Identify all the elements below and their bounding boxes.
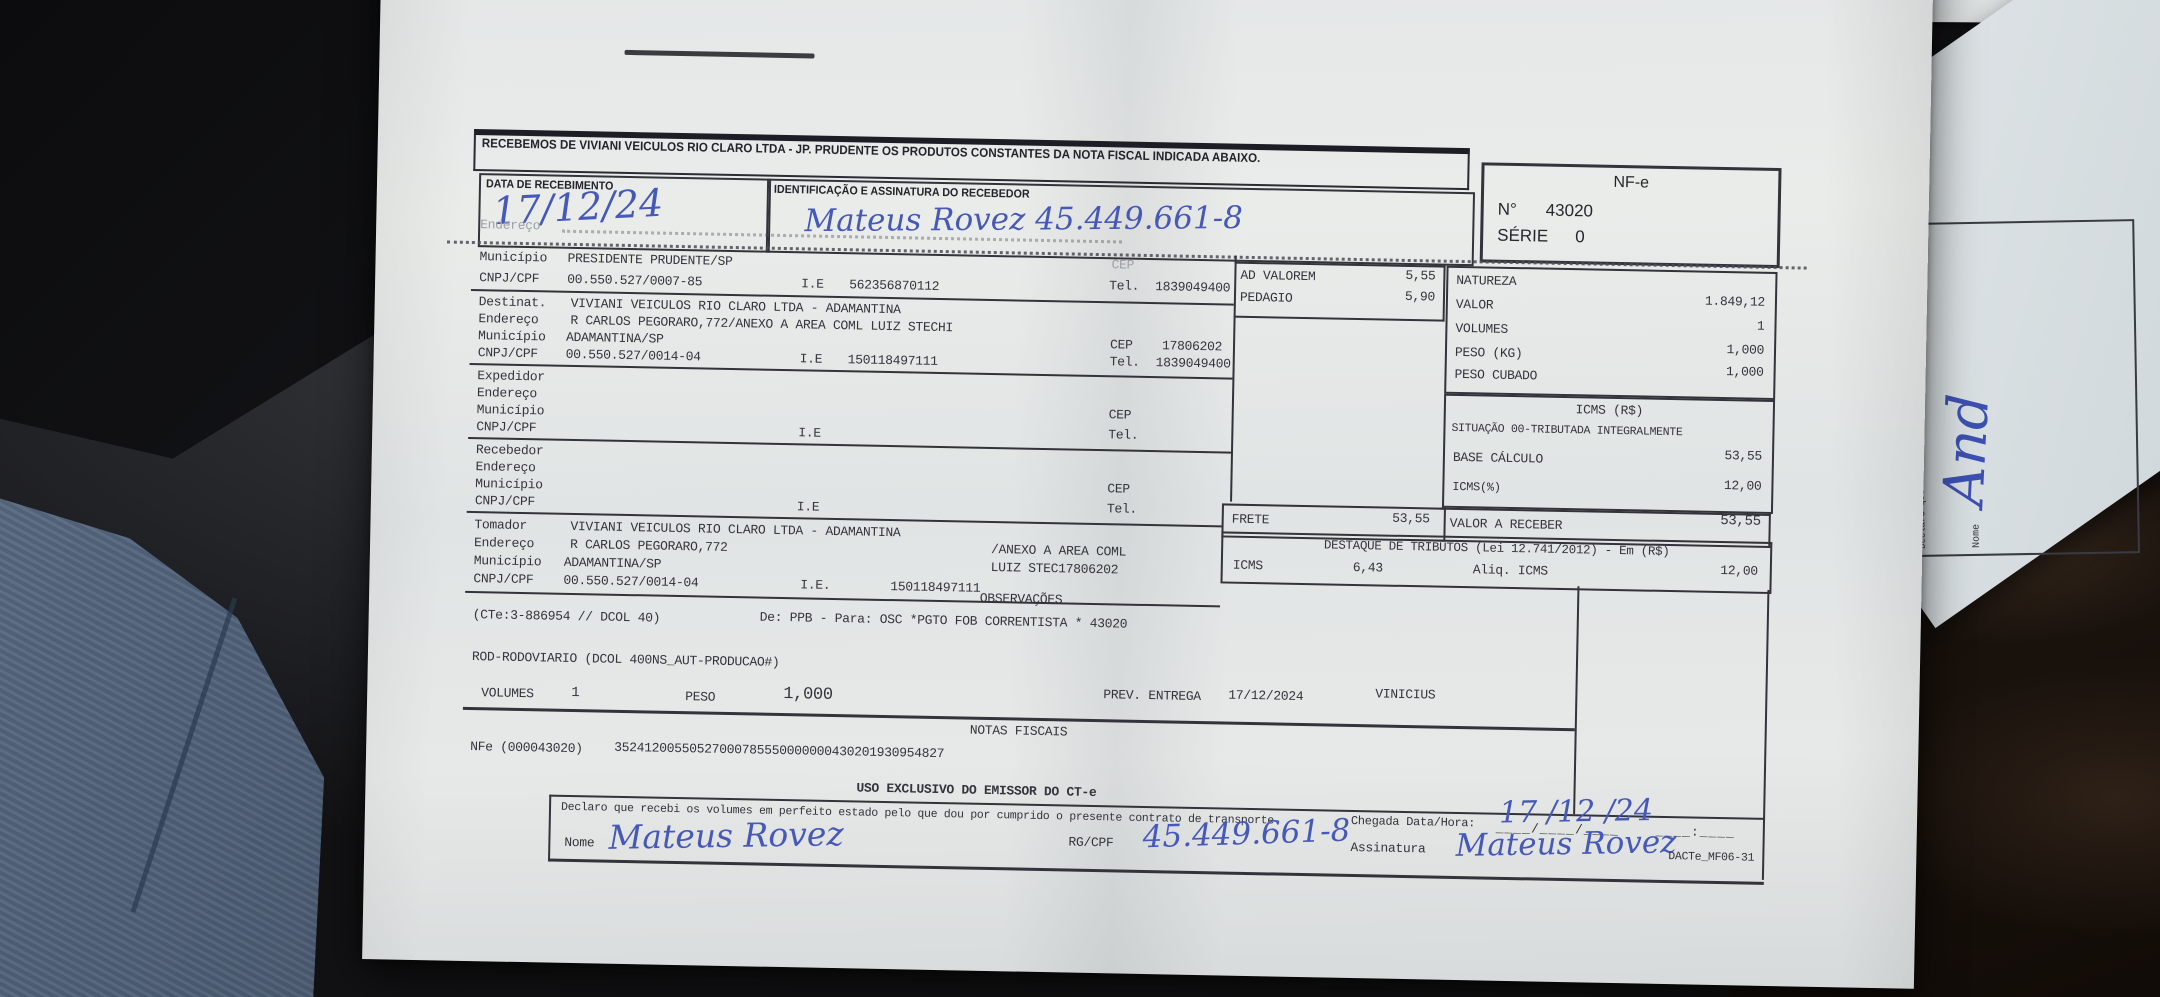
remetente-cep-label: CEP	[1111, 257, 1134, 272]
remetente-municipio-value: PRESIDENTE PRUDENTE/SP	[567, 251, 732, 269]
observacoes-rodoviario: ROD-RODOVIARIO (DCOL 400NS_AUT-PRODUCAO#…	[472, 649, 780, 670]
destinatario-cnpj-label: CNPJ/CPF	[478, 345, 538, 361]
expedidor-label: Expedidor	[477, 368, 545, 384]
icms-pct-label: ICMS(%)	[1452, 480, 1501, 495]
tomador-anexo1: /ANEXO A AREA COML	[991, 542, 1126, 560]
expedidor-endereco-label: Endereço	[477, 385, 537, 401]
photo-of-document: DACTE MODAL RODOVIÁRIO NF-e Declaro que …	[0, 0, 2160, 997]
advalorem-label: AD VALOREM	[1240, 268, 1315, 284]
frete-value: 53,55	[1392, 511, 1430, 527]
recebedor-tel-label: Tel.	[1107, 501, 1137, 517]
icms-base-label: BASE CÁLCULO	[1453, 450, 1543, 467]
resumo-volumes-label: VOLUMES	[481, 685, 534, 701]
destinatario-label: Destinat.	[479, 294, 547, 310]
tributos-icms-value: 6,43	[1353, 560, 1383, 576]
remetente-tel-label: Tel.	[1109, 278, 1139, 294]
tomador-label: Tomador	[474, 517, 527, 533]
volumes-value: 1	[1757, 319, 1765, 334]
icms-title: ICMS (R$)	[1446, 400, 1773, 421]
resumo-peso-value: 1,000	[783, 685, 833, 705]
tomador-municipio-value: ADAMANTINA/SP	[564, 555, 662, 572]
remetente-ie-label: I.E	[801, 276, 824, 291]
uso-exclusivo-box: USO EXCLUSIVO DO EMISSOR DO CT-e Declaro…	[548, 795, 1765, 885]
expedidor-municipio-label: Município	[477, 402, 545, 418]
expedidor-cnpj-label: CNPJ/CPF	[476, 419, 536, 435]
nome-label: Nome	[564, 835, 594, 851]
natureza-label: NATUREZA	[1456, 273, 1516, 289]
valor-receber-label: VALOR A RECEBER	[1450, 516, 1563, 533]
tomador-anexo2: LUIZ STEC17806202	[991, 560, 1119, 577]
destinatario-municipio-label: Município	[478, 328, 546, 344]
nfe-title: NF-e	[1484, 171, 1778, 195]
notas-chave: 3524120055052700078555000000043020193095…	[614, 740, 944, 761]
side-doc-nome-label: Nome	[1971, 524, 1982, 548]
recebedor-label: Recebedor	[476, 442, 544, 458]
identificacao-handwritten: Mateus Rovez 45.449.661-8	[804, 200, 1243, 239]
pen-mark	[625, 50, 815, 59]
assinatura-label: Assinatura	[1350, 840, 1425, 856]
recebedor-endereco-label: Endereço	[475, 459, 535, 475]
destinatario-tel-value: 1839049400	[1156, 355, 1231, 371]
tributos-box: DESTAQUE DE TRIBUTOS (Lei 12.741/2012) -…	[1220, 531, 1772, 594]
icms-box: ICMS (R$) SITUAÇÃO 00-TRIBUTADA INTEGRAL…	[1442, 394, 1775, 514]
tomador-municipio-label: Município	[474, 553, 542, 569]
peso-cubado-label: PESO CUBADO	[1454, 367, 1537, 384]
nfe-serie-label: SÉRIE	[1497, 226, 1548, 247]
advalorem-box: AD VALOREM 5,55 PEDAGIO 5,90	[1234, 262, 1446, 322]
rg-cpf-handwritten: 45.449.661-8	[1142, 813, 1351, 856]
icms-pct-value: 12,00	[1724, 478, 1762, 494]
tributos-icms-label: ICMS	[1233, 558, 1263, 574]
valor-receber-value: 53,55	[1720, 513, 1761, 530]
expedidor-ie-label: I.E	[798, 425, 821, 440]
destinatario-municipio-value: ADAMANTINA/SP	[566, 330, 664, 347]
recebedor-cep-label: CEP	[1107, 481, 1130, 496]
uso-exclusivo-title: USO EXCLUSIVO DO EMISSOR DO CT-e	[551, 775, 1401, 806]
remetente-ie-value: 562356870112	[849, 277, 939, 294]
rg-cpf-label: RG/CPF	[1068, 835, 1113, 851]
remetente-endereco-label: Endereço	[480, 217, 540, 233]
resumo-volumes-value: 1	[571, 685, 579, 701]
destinatario-ie-value: 150118497111	[848, 352, 938, 369]
remetente-municipio-label: Município	[479, 249, 547, 265]
nfe-numero-value: 43020	[1545, 201, 1593, 222]
valor-value: 1.849,12	[1705, 294, 1765, 310]
tributos-title: DESTAQUE DE TRIBUTOS (Lei 12.741/2012) -…	[1223, 536, 1770, 560]
remetente-cnpj-label: CNPJ/CPF	[479, 270, 539, 286]
destinatario-tel-label: Tel.	[1110, 354, 1140, 370]
destinatario-cep-label: CEP	[1110, 337, 1133, 352]
form-code: DACTe_MF06-31	[1668, 850, 1754, 865]
side-document-form: NF-e Declaro que recebi Nome And	[1900, 219, 2140, 557]
tomador-endereco-value: R CARLOS PEGORARO,772	[570, 537, 728, 555]
notas-nfe-ref: NFe (000043020)	[470, 739, 583, 756]
tributos-aliq-label: Aliq. ICMS	[1473, 562, 1548, 578]
advalorem-value: 5,55	[1405, 268, 1435, 284]
nome-handwritten: Mateus Rovez	[608, 814, 844, 857]
destinatario-ie-label: I.E	[800, 351, 823, 366]
destinatario-cnpj-value: 00.550.527/0014-04	[566, 347, 701, 365]
recebedor-municipio-label: Município	[475, 476, 543, 492]
observacoes-cte-ref: (CTe:3-886954 // DCOL 40)	[473, 607, 661, 626]
destinatario-endereco-label: Endereço	[478, 311, 538, 327]
valor-label: VALOR	[1456, 297, 1494, 313]
resumo-prev-label: PREV. ENTREGA	[1103, 687, 1201, 704]
data-recebimento-cell: DATA DE RECEBIMENTO 17/12/24	[478, 173, 771, 253]
resumo-conferente: VINICIUS	[1375, 686, 1435, 702]
remetente-cnpj-value: 00.550.527/0007-85	[567, 272, 702, 290]
recebedor-ie-label: I.E	[797, 499, 820, 514]
volumes-label: VOLUMES	[1455, 321, 1508, 337]
dacte-paper: RECEBEMOS DE VIVIANI VEICULOS RIO CLARO …	[362, 0, 1934, 989]
observacoes-rota: De: PPB - Para: OSC *PGTO FOB CORRENTIST…	[760, 610, 1128, 632]
identificacao-label: IDENTIFICAÇÃO E ASSINATURA DO RECEBEDOR	[774, 184, 1030, 201]
resumo-prev-value: 17/12/2024	[1228, 688, 1303, 704]
expedidor-tel-label: Tel.	[1108, 427, 1138, 443]
peso-cubado-value: 1,000	[1726, 364, 1764, 380]
side-doc-signature: And	[1931, 392, 2002, 508]
pedagio-label: PEDAGIO	[1240, 290, 1293, 306]
icms-situacao: SITUAÇÃO 00-TRIBUTADA INTEGRALMENTE	[1451, 422, 1682, 439]
right-inner-divider	[1573, 586, 1579, 814]
assinatura-handwritten: Mateus Rovez	[1455, 824, 1676, 863]
nfe-numero-label: N°	[1498, 200, 1517, 220]
dacte-form: RECEBEMOS DE VIVIANI VEICULOS RIO CLARO …	[460, 129, 1786, 899]
tributos-aliq-value: 12,00	[1720, 563, 1758, 579]
nfe-serie-value: 0	[1575, 227, 1585, 247]
recebedor-cnpj-label: CNPJ/CPF	[475, 493, 535, 509]
peso-kg-value: 1,000	[1726, 342, 1764, 358]
peso-kg-label: PESO (KG)	[1455, 345, 1523, 361]
expedidor-cep-label: CEP	[1109, 407, 1132, 422]
destinatario-cep-value: 17806202	[1162, 338, 1222, 354]
nfe-box: NF-e N° 43020 SÉRIE 0	[1480, 162, 1782, 268]
icms-base-value: 53,55	[1724, 448, 1762, 464]
frete-label: FRETE	[1232, 512, 1270, 528]
pedagio-value: 5,90	[1405, 289, 1435, 305]
remetente-tel-value: 1839049400	[1155, 279, 1230, 295]
resumo-peso-label: PESO	[685, 689, 715, 705]
natureza-box: NATUREZA VALOR 1.849,12 VOLUMES 1 PESO (…	[1444, 266, 1777, 400]
tomador-endereco-label: Endereço	[474, 535, 534, 551]
